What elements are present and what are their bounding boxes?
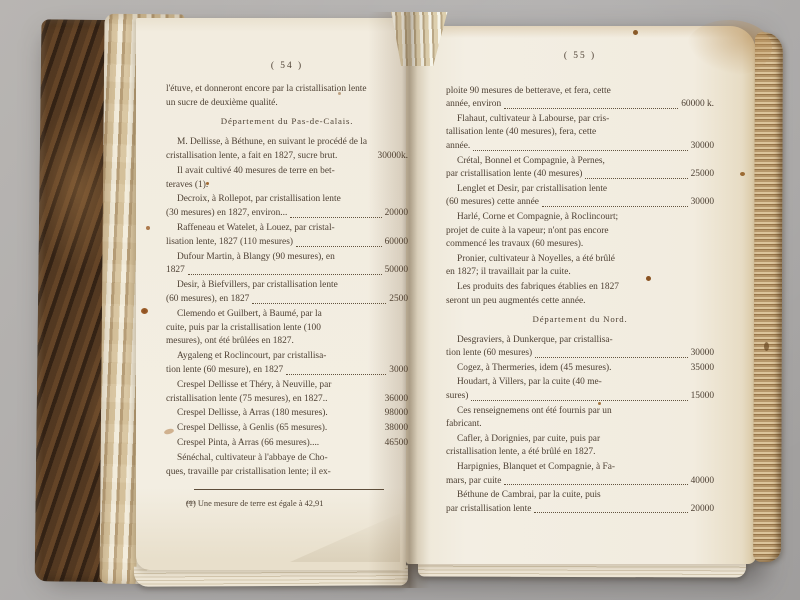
section-heading: Département du Pas-de-Calais.	[166, 115, 408, 129]
page-number-left: ( 54 )	[166, 60, 408, 74]
line-text: Cogez, à Thermeries, idem (45 mesures).	[446, 362, 611, 376]
paragraph: Harlé, Corne et Compagnie, à Roclincourt…	[446, 211, 714, 252]
text-line: Dufour Martin, à Blangy (90 mesures), en	[166, 251, 408, 265]
ledger-entry: Aygaleng et Roclincourt, par cristallisa…	[166, 350, 408, 378]
paragraph: Les produits des fabriques établies en 1…	[446, 281, 714, 308]
line-text: cristallisation lente, a fait en 1827, s…	[166, 150, 337, 164]
dot-leader	[535, 357, 687, 358]
ledger-entry: Raffeneau et Watelet, à Louez, par crist…	[166, 222, 408, 250]
line-text: mars, par cuite	[446, 475, 501, 489]
text-line: Desir, à Biefvillers, par cristallisatio…	[166, 279, 408, 293]
foxing-spot	[141, 308, 148, 314]
dot-leader	[504, 108, 678, 109]
text-line: (30 mesures) en 1827, environ...20000	[166, 207, 408, 221]
fore-edge	[753, 32, 783, 562]
line-text: tion lente (60 mesure), en 1827	[166, 364, 283, 378]
text-line: Crespel Dellisse, à Arras (180 mesures).…	[166, 407, 408, 421]
text-line: Il avait cultivé 40 mesures de terre en …	[166, 165, 408, 179]
text-line: Lenglet et Desir, par cristallisation le…	[446, 183, 714, 197]
text-line: Houdart, à Villers, par la cuite (40 me-	[446, 376, 714, 390]
text-line: fabricant.	[446, 418, 714, 432]
page-54-text: ( 54 ) l'étuve, et donneront encore par …	[166, 60, 408, 497]
line-text: Crespel Pinta, à Arras (66 mesures)....	[166, 437, 319, 451]
line-value: 60000	[385, 236, 408, 250]
text-line: par cristallisation lente20000	[446, 503, 714, 517]
footnote: (1) Une mesure de terre est égale à 42,9…	[166, 489, 408, 490]
dot-leader	[534, 512, 687, 513]
text-line: Aygaleng et Roclincourt, par cristallisa…	[166, 350, 408, 364]
dot-leader	[286, 374, 386, 375]
ledger-entry: Béthune de Cambrai, par la cuite, puispa…	[446, 489, 714, 516]
dot-leader	[473, 150, 687, 151]
ledger-entry: Harpignies, Blanquet et Compagnie, à Fa-…	[446, 461, 714, 488]
line-value: 30000	[691, 196, 714, 210]
text-line: Clemendo et Guilbert, à Baumé, par la	[166, 308, 408, 322]
text-line: Ces renseignemens ont été fournis par un	[446, 405, 714, 419]
ledger-entry: Lenglet et Desir, par cristallisation le…	[446, 183, 714, 210]
text-line: Cogez, à Thermeries, idem (45 mesures).3…	[446, 362, 714, 376]
line-value: 60000 k.	[681, 98, 714, 112]
dot-leader	[252, 303, 386, 304]
text-line: Decroix, à Rollepot, par cristallisation…	[166, 193, 408, 207]
line-text: tion lente (60 mesures)	[446, 347, 532, 361]
footnote-body: (1) Une mesure de terre est égale à 42,9…	[186, 497, 323, 511]
page-54-blocks: l'étuve, et donneront encore par la cris…	[166, 83, 408, 480]
open-book: ( 54 ) l'étuve, et donneront encore par …	[38, 12, 780, 588]
text-line: Pronier, cultivateur à Noyelles, a été b…	[446, 253, 714, 267]
paragraph: M. Dellisse, à Béthune, en suivant le pr…	[166, 136, 408, 164]
text-line: Harpignies, Blanquet et Compagnie, à Fa-	[446, 461, 714, 475]
text-line: lisation lente, 1827 (110 mesures)60000	[166, 236, 408, 250]
foxing-spot	[146, 226, 150, 230]
text-line: ploite 90 mesures de betterave, et fera,…	[446, 85, 714, 99]
foxing-spot	[633, 30, 638, 35]
text-line: Crespel Pinta, à Arras (66 mesures)....4…	[166, 437, 408, 451]
dot-leader	[290, 217, 381, 218]
ledger-entry: Crétal, Bonnel et Compagnie, à Pernes,pa…	[446, 155, 714, 182]
foxing-spot	[764, 342, 769, 351]
line-text: par cristallisation lente (40 mesures)	[446, 168, 582, 182]
line-text: lisation lente, 1827 (110 mesures)	[166, 236, 293, 250]
line-value: 38000	[385, 422, 408, 436]
text-line: 182750000	[166, 264, 408, 278]
text-line: cristallisation lente, a été brûlé en 18…	[446, 446, 714, 460]
foxing-spot	[740, 172, 745, 176]
paragraph: Il avait cultivé 40 mesures de terre en …	[166, 165, 408, 193]
line-text: (30 mesures) en 1827, environ...	[166, 207, 287, 221]
text-line: Harlé, Corne et Compagnie, à Roclincourt…	[446, 211, 714, 225]
ledger-entry: Crespel Dellisse et Théry, à Neuville, p…	[166, 379, 408, 407]
page-55-text: ( 55 ) ploite 90 mesures de betterave, e…	[446, 50, 714, 517]
text-line: Flahaut, cultivateur à Labourse, par cri…	[446, 113, 714, 127]
text-line: tion lente (60 mesure), en 18273000	[166, 364, 408, 378]
text-line: Les produits des fabriques établies en 1…	[446, 281, 714, 295]
paragraph: Sénéchal, cultivateur à l'abbaye de Cho-…	[166, 452, 408, 480]
dot-leader	[188, 274, 382, 275]
text-line: ques, travaille par cristallisation lent…	[166, 466, 408, 480]
text-line: année, environ60000 k.	[446, 98, 714, 112]
line-value: 98000	[385, 407, 408, 421]
footnote-period: .	[186, 497, 188, 511]
text-line: cuite, puis par la cristallisation lente…	[166, 322, 408, 336]
text-line: Desgraviers, à Dunkerque, par cristallis…	[446, 334, 714, 348]
text-line: tion lente (60 mesures)30000	[446, 347, 714, 361]
ledger-entry: ploite 90 mesures de betterave, et fera,…	[446, 85, 714, 112]
text-line: Crétal, Bonnel et Compagnie, à Pernes,	[446, 155, 714, 169]
ledger-entry: Desgraviers, à Dunkerque, par cristallis…	[446, 334, 714, 361]
line-value: 15000	[691, 390, 714, 404]
dot-leader	[471, 400, 687, 401]
text-line: sures)15000	[446, 390, 714, 404]
text-line: (60 mesures) cette année30000	[446, 196, 714, 210]
text-line: en 1827; il travaillait par la cuite.	[446, 266, 714, 280]
text-line: cristallisation lente, a fait en 1827, s…	[166, 150, 408, 164]
paragraph: Ces renseignemens ont été fournis par un…	[446, 405, 714, 432]
page-55-blocks: ploite 90 mesures de betterave, et fera,…	[446, 85, 714, 517]
paragraph: Cafler, à Dorignies, par cuite, puis par…	[446, 433, 714, 460]
text-line: commencé les travaux (60 mesures).	[446, 238, 714, 252]
paragraph: Clemendo et Guilbert, à Baumé, par lacui…	[166, 308, 408, 349]
text-line: projet de cuite à la vapeur; n'ont pas e…	[446, 225, 714, 239]
dot-leader	[296, 246, 382, 247]
line-value: 46500	[385, 437, 408, 451]
ledger-entry: Crespel Dellisse, à Genlis (65 mesures).…	[166, 422, 408, 436]
line-text: Crespel Dellisse, à Genlis (65 mesures).	[166, 422, 327, 436]
dot-leader	[542, 206, 688, 207]
text-line: teraves (1).	[166, 179, 408, 193]
paragraph: l'étuve, et donneront encore par la cris…	[166, 83, 408, 111]
text-line: l'étuve, et donneront encore par la cris…	[166, 83, 408, 97]
ledger-entry: Flahaut, cultivateur à Labourse, par cri…	[446, 113, 714, 154]
line-text: année.	[446, 140, 470, 154]
line-value: 25000	[691, 168, 714, 182]
line-text: année, environ	[446, 98, 501, 112]
dot-leader	[585, 178, 687, 179]
text-line: année.30000	[446, 140, 714, 154]
line-value: 50000	[385, 264, 408, 278]
line-text: sures)	[446, 390, 468, 404]
text-line: Crespel Dellisse et Théry, à Neuville, p…	[166, 379, 408, 393]
ledger-entry: Crespel Pinta, à Arras (66 mesures)....4…	[166, 437, 408, 451]
line-text: cristallisation lente (75 mesures), en 1…	[166, 393, 327, 407]
line-value: 3000	[389, 364, 408, 378]
text-line: Sénéchal, cultivateur à l'abbaye de Cho-	[166, 452, 408, 466]
line-value: 20000	[385, 207, 408, 221]
text-line: tallisation lente (40 mesures), fera, ce…	[446, 126, 714, 140]
ledger-entry: Dufour Martin, à Blangy (90 mesures), en…	[166, 251, 408, 279]
page-number-right: ( 55 )	[446, 50, 714, 64]
line-value: 30000	[691, 140, 714, 154]
line-value: 40000	[691, 475, 714, 489]
line-value: 30000k.	[378, 150, 408, 164]
dot-leader	[504, 484, 687, 485]
line-text: (60 mesures), en 1827	[166, 293, 249, 307]
line-text: 1827	[166, 264, 185, 278]
text-line: cristallisation lente (75 mesures), en 1…	[166, 393, 408, 407]
line-text: Crespel Dellisse, à Arras (180 mesures).	[166, 407, 328, 421]
line-text: (60 mesures) cette année	[446, 196, 539, 210]
ledger-entry: Houdart, à Villers, par la cuite (40 me-…	[446, 376, 714, 403]
text-line: Cafler, à Dorignies, par cuite, puis par	[446, 433, 714, 447]
line-text: par cristallisation lente	[446, 503, 531, 517]
text-line: par cristallisation lente (40 mesures)25…	[446, 168, 714, 182]
text-line: Béthune de Cambrai, par la cuite, puis	[446, 489, 714, 503]
ledger-entry: Crespel Dellisse, à Arras (180 mesures).…	[166, 407, 408, 421]
text-line: mesures), ont été brûlées en 1827.	[166, 335, 408, 349]
line-value: 36000	[385, 393, 408, 407]
ledger-entry: Cogez, à Thermeries, idem (45 mesures).3…	[446, 362, 714, 376]
footnote-rule	[194, 489, 384, 490]
section-heading: Département du Nord.	[446, 313, 714, 327]
line-value: 35000	[691, 362, 714, 376]
line-value: 20000	[691, 503, 714, 517]
text-line: (60 mesures), en 18272500	[166, 293, 408, 307]
text-line: Crespel Dellisse, à Genlis (65 mesures).…	[166, 422, 408, 436]
ledger-entry: Decroix, à Rollepot, par cristallisation…	[166, 193, 408, 221]
text-line: mars, par cuite40000	[446, 475, 714, 489]
text-line: Raffeneau et Watelet, à Louez, par crist…	[166, 222, 408, 236]
ledger-entry: Desir, à Biefvillers, par cristallisatio…	[166, 279, 408, 307]
text-line: un sucre de deuxième qualité.	[166, 97, 408, 111]
text-line: seront un peu augmentés cette année.	[446, 295, 714, 309]
line-value: 30000	[691, 347, 714, 361]
text-line: M. Dellisse, à Béthune, en suivant le pr…	[166, 136, 408, 150]
photo-background: ( 54 ) l'étuve, et donneront encore par …	[0, 0, 800, 600]
paragraph: Pronier, cultivateur à Noyelles, a été b…	[446, 253, 714, 280]
line-value: 2500	[389, 293, 408, 307]
